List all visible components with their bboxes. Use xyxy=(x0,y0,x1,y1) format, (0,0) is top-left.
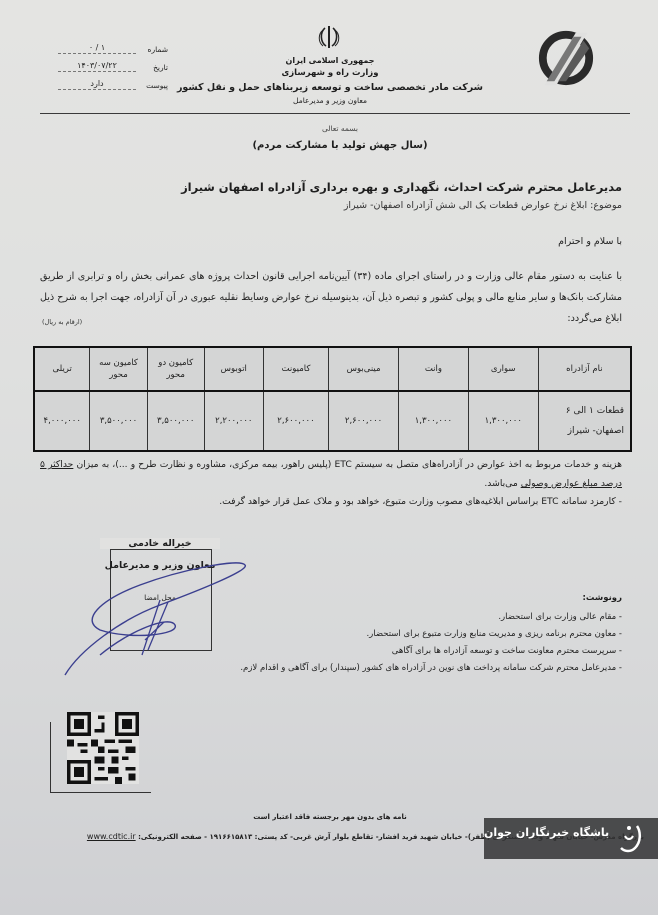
column-header: مینی‌بوس xyxy=(329,347,399,391)
toll-rates-table: نام آزادراه سواری وانت مینی‌بوس کامیونت … xyxy=(33,346,632,452)
meta-attachment: پیوست دارد xyxy=(58,78,168,90)
cc-title: رونوشت: xyxy=(583,593,622,603)
table-header-row: نام آزادراه سواری وانت مینی‌بوس کامیونت … xyxy=(34,347,631,391)
watermark-text: باشگاه خبرنگاران جوان xyxy=(484,826,609,839)
addressee: مدیرعامل محترم شرکت احداث، نگهداری و بهر… xyxy=(181,180,622,194)
cc-list: - مقام عالی وزارت برای استحضار. - معاون … xyxy=(240,609,622,677)
handwritten-signature-icon xyxy=(60,560,260,680)
meta-attachment-value: دارد xyxy=(58,78,136,90)
signatory-name: خیراله خادمی xyxy=(100,538,220,549)
header-company: شرکت مادر تخصصی ساخت و توسعه زیربناهای ح… xyxy=(150,82,510,93)
meta-date-label: تاریخ xyxy=(142,63,168,72)
note-etc-fees: هزینه و خدمات مربوط به اخذ عوارض در آزاد… xyxy=(40,455,622,493)
column-header: سواری xyxy=(468,347,538,391)
column-header: کامیون دو محور xyxy=(147,347,204,391)
year-motto: (سال جهش تولید با مشارکت مردم) xyxy=(200,140,480,151)
cc-item: - معاون محترم برنامه ریزی و مدیریت منابع… xyxy=(240,626,622,643)
meta-number-label: شماره xyxy=(142,45,168,54)
road-route: اصفهان- شیراز xyxy=(540,421,624,441)
news-watermark: باشگاه خبرنگاران جوان xyxy=(484,818,658,859)
road-name-cell: قطعات ۱ الی ۶ اصفهان- شیراز xyxy=(538,391,631,451)
note1-text-b: می‌باشد. xyxy=(484,478,520,489)
yjc-logo-icon xyxy=(615,822,645,856)
rate-cell-three-axle-truck: ۳,۵۰۰,۰۰۰ xyxy=(90,391,147,451)
cc-item: - سرپرست محترم معاونت ساخت و توسعه آزادر… xyxy=(240,643,622,660)
column-header: وانت xyxy=(398,347,468,391)
column-header: کامیونت xyxy=(263,347,328,391)
header-office: معاون وزیر و مدیرعامل xyxy=(150,96,510,105)
greeting: با سلام و احترام xyxy=(558,236,622,247)
header-divider xyxy=(40,113,630,114)
body-paragraph: با عنایت به دستور مقام عالی وزارت و در ر… xyxy=(40,266,622,329)
rate-cell-minibus: ۲,۶۰۰,۰۰۰ xyxy=(329,391,399,451)
subject-line: موضوع: ابلاغ نرخ عوارض قطعات یک الی شش آ… xyxy=(344,200,622,211)
header-ministry: وزارت راه و شهرسازی xyxy=(150,68,510,78)
column-header: اتوبوس xyxy=(204,347,263,391)
rate-cell-light-truck: ۲,۶۰۰,۰۰۰ xyxy=(263,391,328,451)
rate-cell-sedan: ۱,۳۰۰,۰۰۰ xyxy=(468,391,538,451)
column-header: کامیون سه محور xyxy=(90,347,147,391)
footer-note: نامه های بدون مهر برجسته فاقد اعتبار است xyxy=(200,813,460,821)
column-header: نام آزادراه xyxy=(538,347,631,391)
cc-item: - مقام عالی وزارت برای استحضار. xyxy=(240,609,622,626)
note1-text-a: هزینه و خدمات مربوط به اخذ عوارض در آزاد… xyxy=(73,459,622,470)
qr-code-icon xyxy=(66,712,140,784)
note-etc-commission: - کارمزد سامانه ETC براساس ابلاغیه‌های م… xyxy=(219,496,622,507)
company-logo-icon xyxy=(537,29,595,87)
rate-cell-trailer: ۴,۰۰۰,۰۰۰ xyxy=(34,391,90,451)
rate-cell-two-axle-truck: ۳,۵۰۰,۰۰۰ xyxy=(147,391,204,451)
letter-page: جمهوری اسلامی ایران وزارت راه و شهرسازی … xyxy=(0,0,658,915)
bismillah: بسمه تعالی xyxy=(250,124,430,133)
cc-item: - مدیرعامل محترم شرکت سامانه پرداخت های … xyxy=(240,660,622,677)
meta-number-value: ۱ / ۰ xyxy=(58,42,136,54)
rate-cell-bus: ۲,۲۰۰,۰۰۰ xyxy=(204,391,263,451)
rate-cell-pickup: ۱,۳۰۰,۰۰۰ xyxy=(398,391,468,451)
table-row: قطعات ۱ الی ۶ اصفهان- شیراز ۱,۳۰۰,۰۰۰ ۱,… xyxy=(34,391,631,451)
units-note: (ارقام به ریال) xyxy=(42,318,82,326)
meta-attachment-label: پیوست xyxy=(142,81,168,90)
meta-date-value: ۱۴۰۳/۰۷/۲۲ xyxy=(58,60,136,72)
meta-number: شماره ۱ / ۰ xyxy=(58,42,168,54)
header-republic: جمهوری اسلامی ایران xyxy=(150,56,510,65)
national-emblem-icon xyxy=(318,24,340,50)
column-header: تریلی xyxy=(34,347,90,391)
meta-date: تاریخ ۱۴۰۳/۰۷/۲۲ xyxy=(58,60,168,72)
road-segments: قطعات ۱ الی ۶ xyxy=(540,401,624,421)
footer-website-link[interactable]: www.cdtic.ir xyxy=(87,832,136,841)
